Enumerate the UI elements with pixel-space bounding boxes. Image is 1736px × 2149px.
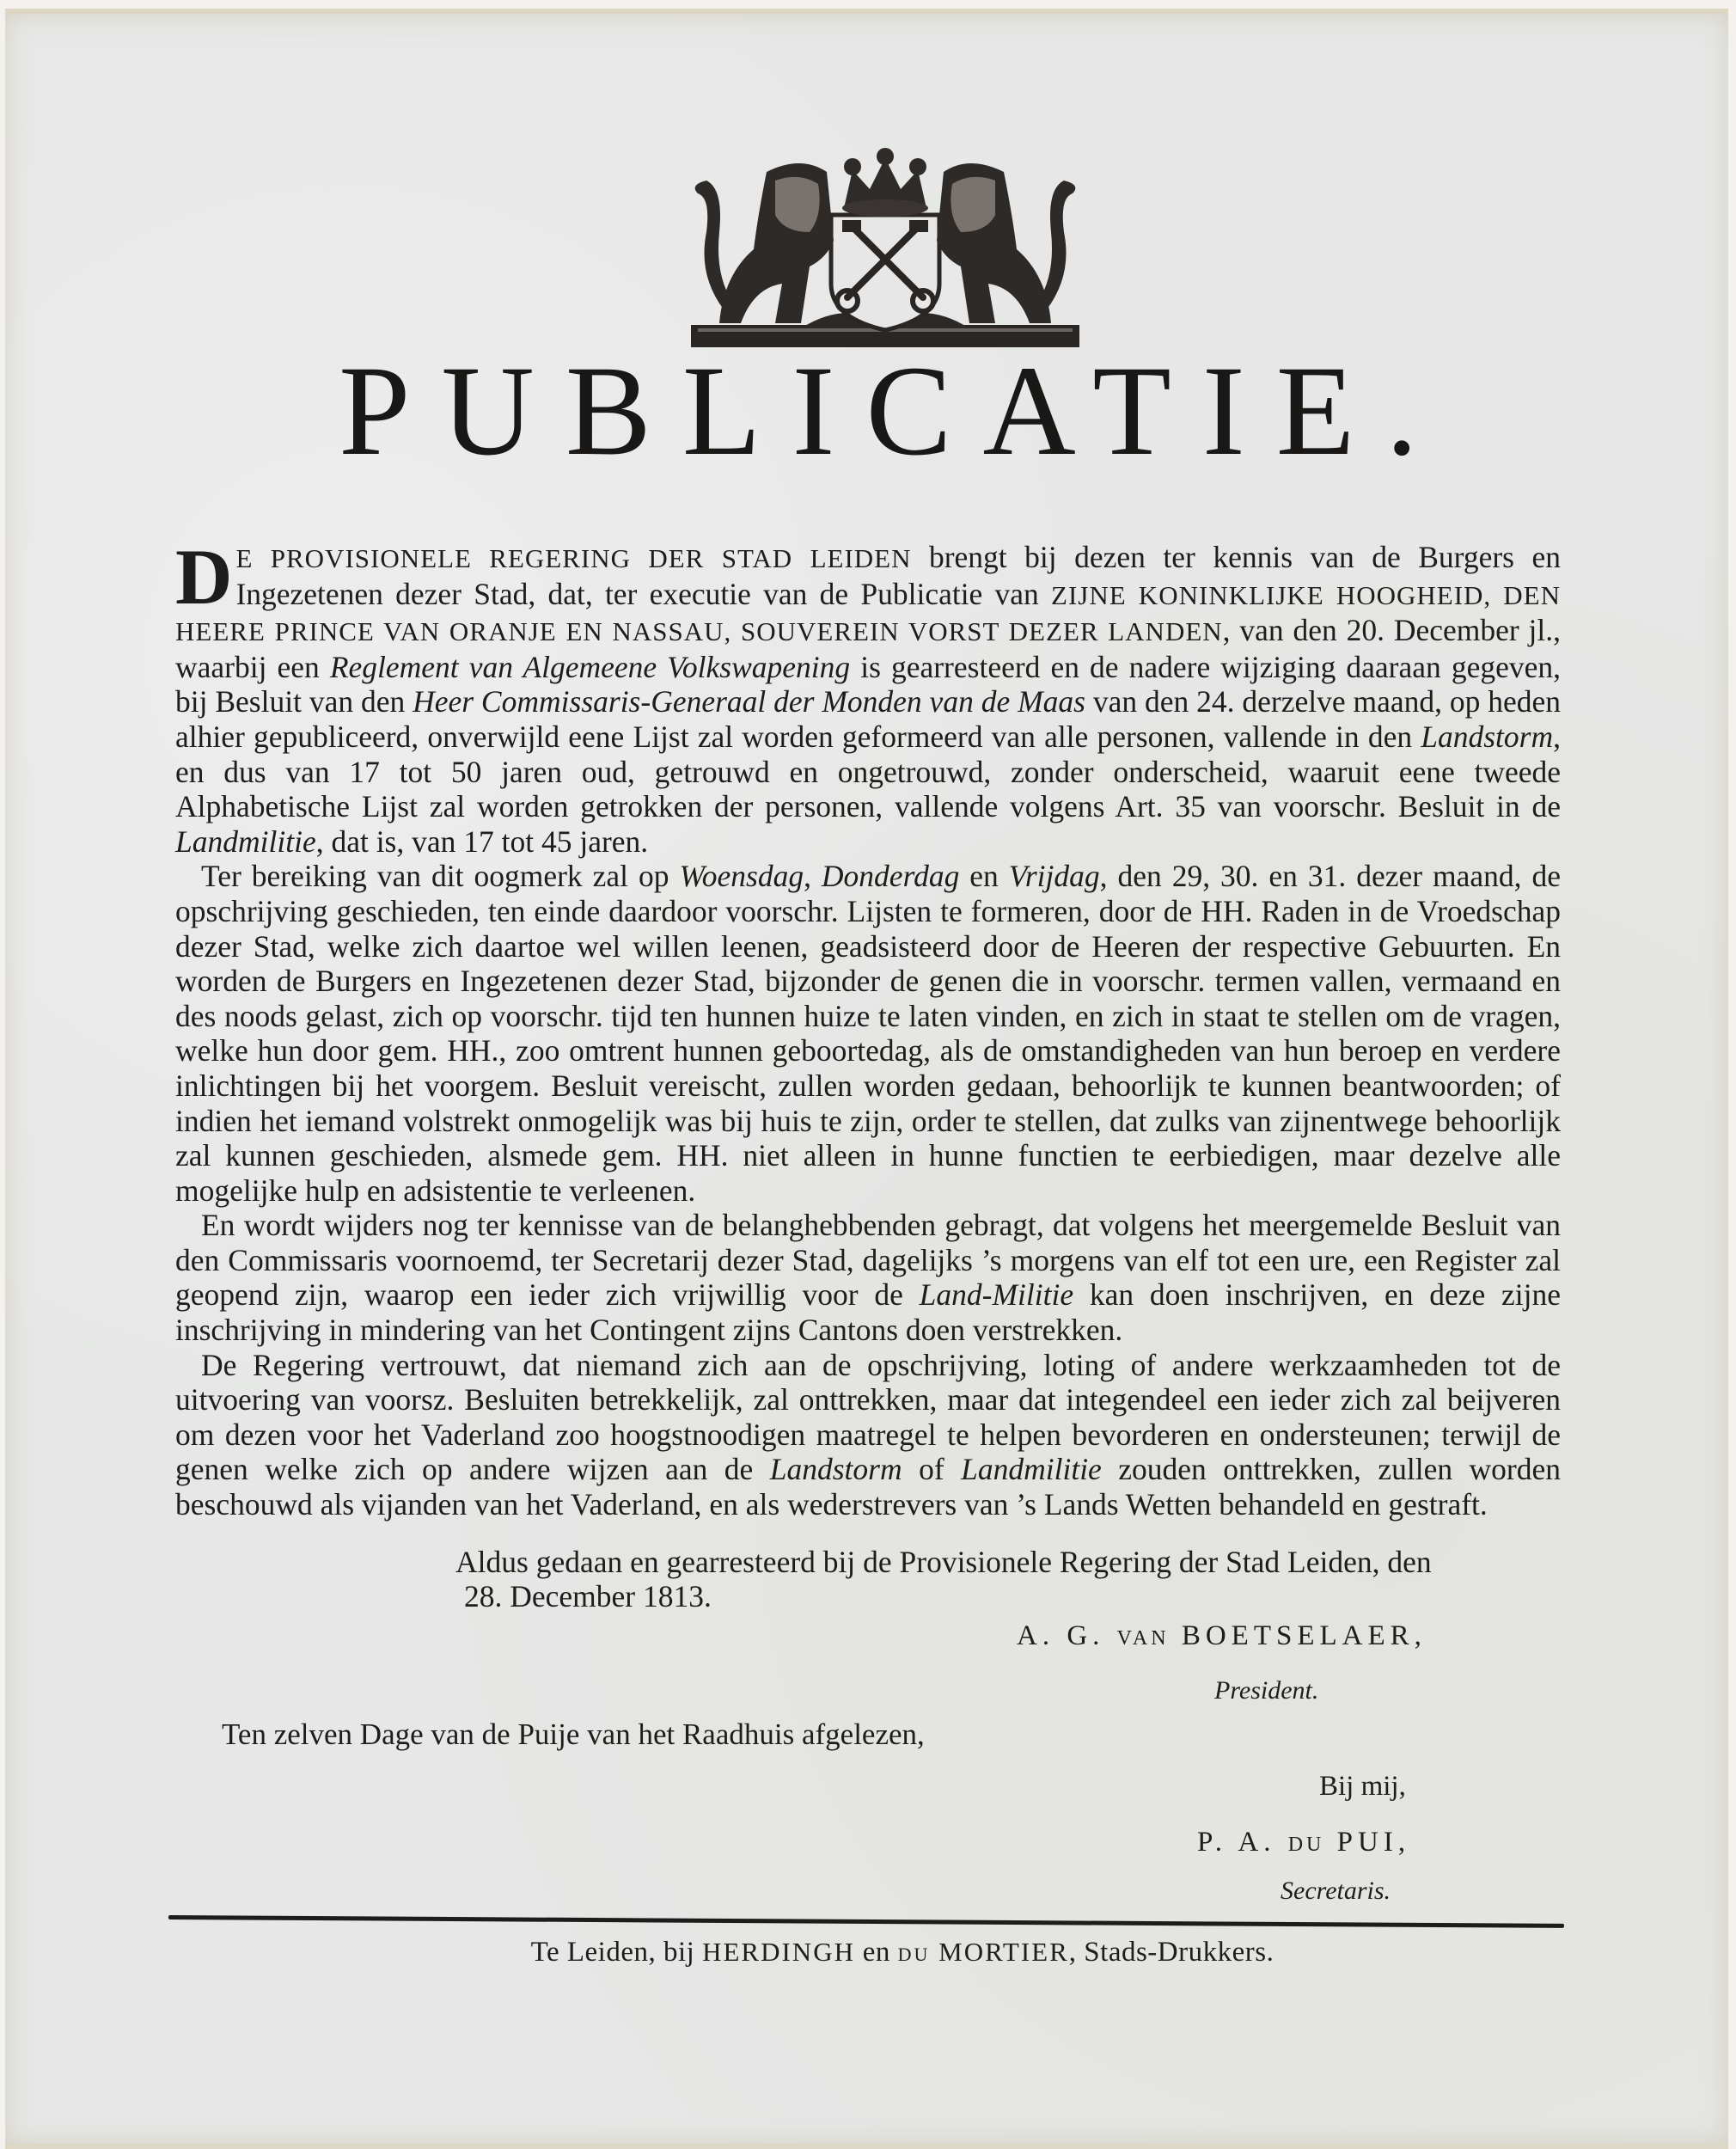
president-title: President. bbox=[1214, 1676, 1318, 1705]
signoff-block: Aldus gedaan en gearresteerd bij de Prov… bbox=[455, 1545, 1564, 1613]
proclamation-note: Ten zelven Dage van de Puije van het Raa… bbox=[222, 1717, 925, 1752]
president-particle: VAN bbox=[1117, 1627, 1170, 1650]
italic-segment: Land-Militie bbox=[920, 1277, 1073, 1312]
paragraph-2: Ter bereiking van dit oogmerk zal op Woe… bbox=[175, 859, 1561, 1208]
text-segment: Ter bereiking van dit oogmerk zal op bbox=[201, 859, 679, 893]
printer-particle: DU bbox=[898, 1944, 931, 1965]
italic-segment: Landmilitie bbox=[961, 1452, 1102, 1486]
italic-segment: Vrijdag bbox=[1009, 859, 1100, 893]
text-segment: , dat is, van 17 tot 45 jaren. bbox=[316, 824, 648, 859]
secretary-particle: DU bbox=[1288, 1834, 1325, 1856]
page-title: PUBLICATIE. bbox=[0, 342, 1736, 480]
issuing-authority: E PROVISIONELE REGERING DER STAD LEIDEN bbox=[235, 543, 911, 573]
text-segment: , den 29, 30. en 31. dezer maand, de ops… bbox=[175, 859, 1561, 1207]
secretary-initials: P. A. bbox=[1197, 1827, 1275, 1858]
paragraph-3: En wordt wijders nog ter kennisse van de… bbox=[175, 1208, 1561, 1347]
paragraph-4: De Regering vertrouwt, dat niemand zich … bbox=[175, 1348, 1561, 1522]
document-body: DE PROVISIONELE REGERING DER STAD LEIDEN… bbox=[175, 540, 1561, 1522]
italic-segment: Reglement van Algemeene Volkswapening bbox=[330, 650, 850, 684]
secretary-name: P. A. DU PUI, bbox=[1197, 1827, 1410, 1858]
italic-segment: Donderdag bbox=[822, 859, 959, 893]
leiden-coat-of-arms-icon bbox=[672, 146, 1098, 352]
president-initials: A. G. bbox=[1017, 1620, 1104, 1651]
italic-segment: Woensdag bbox=[679, 859, 804, 893]
signoff-date: 28. December 1813. bbox=[455, 1579, 1564, 1613]
president-name: A. G. VAN BOETSELAER, bbox=[1017, 1620, 1427, 1652]
italic-segment: Landstorm bbox=[1421, 719, 1553, 754]
paragraph-1: DE PROVISIONELE REGERING DER STAD LEIDEN… bbox=[175, 540, 1561, 859]
printer-mid: en bbox=[855, 1937, 898, 1968]
italic-segment: Landstorm bbox=[770, 1452, 902, 1486]
text-segment: en bbox=[959, 859, 1008, 893]
printer-name-1: HERDINGH bbox=[702, 1937, 855, 1967]
drop-cap: D bbox=[175, 545, 232, 609]
secretary-attest: Bij mij, bbox=[1319, 1771, 1406, 1803]
printer-imprint: Te Leiden, bij HERDINGH en DU MORTIER, S… bbox=[0, 1937, 1736, 1968]
text-segment: of bbox=[902, 1452, 961, 1486]
signoff-line-1: Aldus gedaan en gearresteerd bij de Prov… bbox=[455, 1545, 1564, 1579]
secretary-surname: PUI, bbox=[1337, 1827, 1410, 1858]
secretary-title: Secretaris. bbox=[1281, 1877, 1391, 1906]
printer-name-2: MORTIER bbox=[930, 1937, 1068, 1967]
italic-segment: Landmilitie bbox=[175, 824, 316, 859]
printer-suffix: , Stads-Drukkers. bbox=[1069, 1937, 1274, 1968]
text-segment: , bbox=[804, 859, 822, 893]
president-surname: BOETSELAER, bbox=[1182, 1620, 1427, 1651]
printer-prefix: Te Leiden, bij bbox=[531, 1937, 702, 1968]
italic-segment: Heer Commissaris-Generaal der Monden van… bbox=[413, 684, 1085, 719]
